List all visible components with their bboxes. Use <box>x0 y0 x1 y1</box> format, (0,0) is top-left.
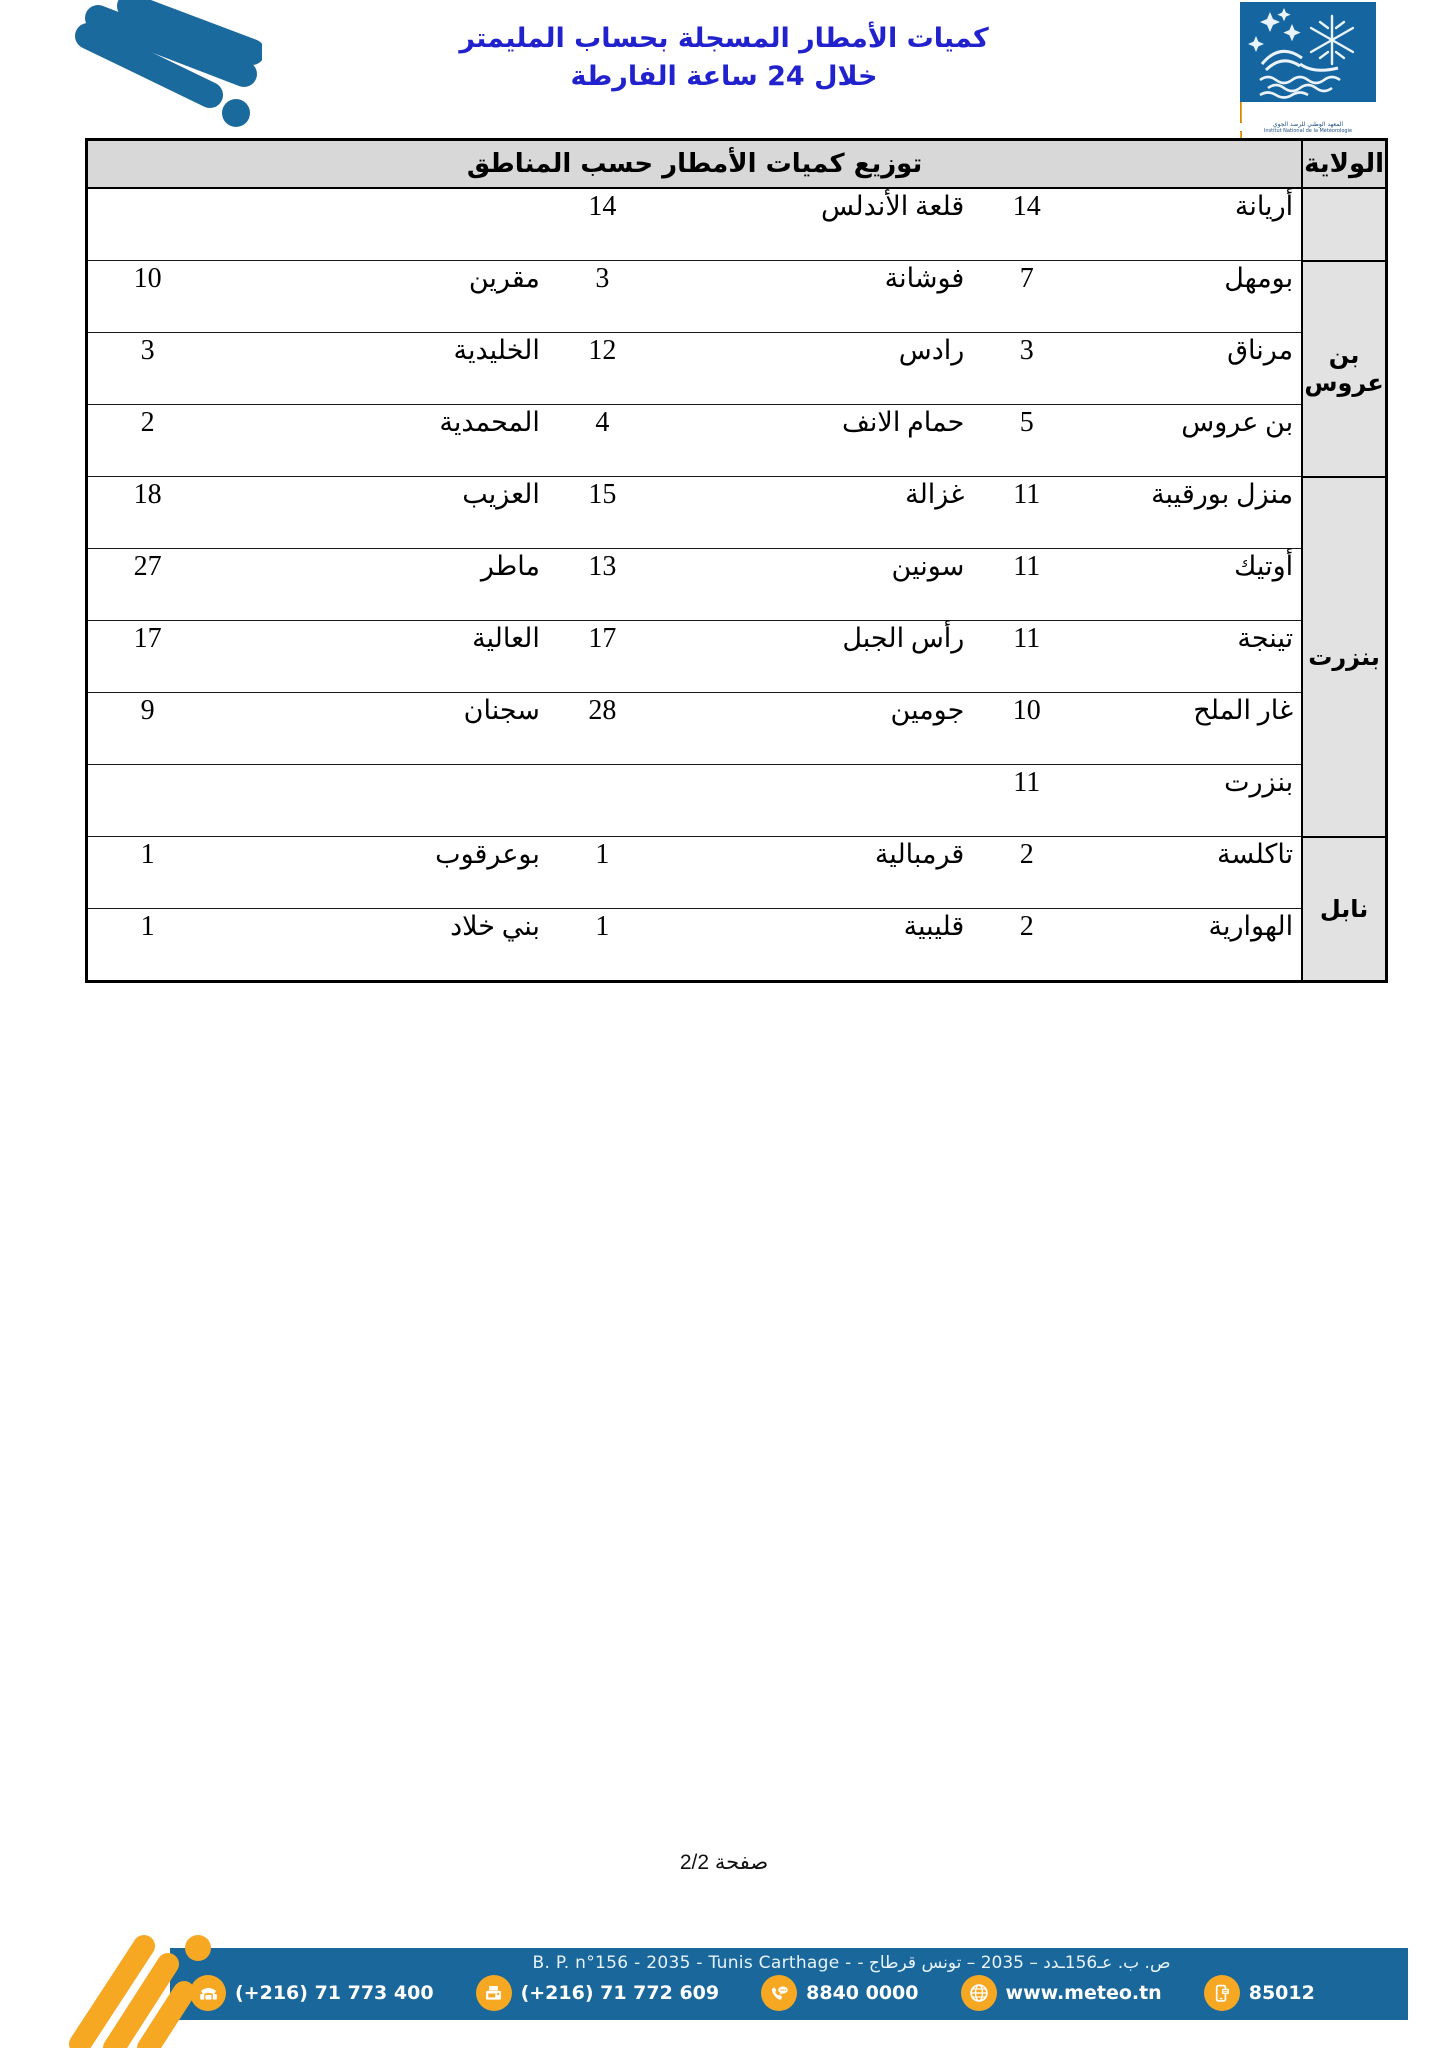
footer-address: B. P. n°156 - 2035 - Tunis Carthage - ص.… <box>320 1953 1383 1973</box>
rain-value-cell: 13 <box>548 549 657 621</box>
station-name-cell: مرناق <box>1081 333 1302 405</box>
governorate-cell <box>1302 188 1386 261</box>
rain-value-cell: 2 <box>972 837 1081 909</box>
rainfall-table-body: أريانة14قلعة الأندلس14بن عروسبومهل7فوشان… <box>87 188 1387 982</box>
station-name-cell: المحمدية <box>207 405 548 477</box>
station-name-cell: العالية <box>207 621 548 693</box>
station-name-cell: سونين <box>657 549 973 621</box>
page-title-line2: خلال 24 ساعة الفارطة <box>0 58 1448 96</box>
rain-value-cell: 11 <box>972 549 1081 621</box>
rain-value-cell: 1 <box>548 837 657 909</box>
footer-contacts: (+216) 71 773 400(+216) 71 772 6098840 0… <box>190 1975 1398 2011</box>
inm-emblem-svg <box>1240 2 1376 102</box>
page-title: كميات الأمطار المسجلة بحساب المليمتر خلا… <box>0 20 1448 96</box>
governorate-cell: بنزرت <box>1302 477 1386 837</box>
contact-value: www.meteo.tn <box>1006 1982 1162 2004</box>
station-name-cell: قليبية <box>657 909 973 982</box>
rain-value-cell: 11 <box>972 765 1081 837</box>
rain-value-cell: 11 <box>972 621 1081 693</box>
station-name-cell: العزيب <box>207 477 548 549</box>
table-row: الهوارية2قليبية1بني خلاد1 <box>87 909 1387 982</box>
station-name-cell: بني خلاد <box>207 909 548 982</box>
rain-value-cell: 14 <box>548 188 657 261</box>
rain-value-cell: 27 <box>87 549 208 621</box>
contact-item: www.meteo.tn <box>961 1975 1162 2011</box>
station-name-cell: قرمبالية <box>657 837 973 909</box>
contact-value: (+216) 71 773 400 <box>235 1982 434 2004</box>
rain-value-cell: 1 <box>87 909 208 982</box>
table-row: نابلتاكلسة2قرمبالية1بوعرقوب1 <box>87 837 1387 909</box>
station-name-cell: أوتيك <box>1081 549 1302 621</box>
rain-value-cell <box>87 765 208 837</box>
contact-value: 85012 <box>1249 1982 1315 2004</box>
table-row: بن عروسبومهل7فوشانة3مقرين10 <box>87 261 1387 333</box>
station-name-cell: بنزرت <box>1081 765 1302 837</box>
page-title-line1: كميات الأمطار المسجلة بحساب المليمتر <box>0 20 1448 58</box>
rain-value-cell: 2 <box>87 405 208 477</box>
station-name-cell: تاكلسة <box>1081 837 1302 909</box>
contact-item: (+216) 71 772 609 <box>476 1975 720 2011</box>
stripes-logo-orange <box>52 1932 242 2048</box>
rain-value-cell: 11 <box>972 477 1081 549</box>
station-name-cell: بومهل <box>1081 261 1302 333</box>
table-row: أريانة14قلعة الأندلس14 <box>87 188 1387 261</box>
rain-value-cell: 14 <box>972 188 1081 261</box>
contact-item: 8840 0000 <box>761 1975 918 2011</box>
rainfall-table: الولاية توزيع كميات الأمطار حسب المناطق … <box>85 138 1388 983</box>
table-row: تينجة11رأس الجبل17العالية17 <box>87 621 1387 693</box>
station-name-cell: منزل بورقيبة <box>1081 477 1302 549</box>
rain-value-cell: 12 <box>548 333 657 405</box>
station-name-cell: ماطر <box>207 549 548 621</box>
station-name-cell: قلعة الأندلس <box>657 188 973 261</box>
rain-value-cell: 17 <box>548 621 657 693</box>
rain-value-cell <box>548 765 657 837</box>
station-name-cell: رادس <box>657 333 973 405</box>
table-row: بنزرت11 <box>87 765 1387 837</box>
station-name-cell: غزالة <box>657 477 973 549</box>
station-name-cell: الهوارية <box>1081 909 1302 982</box>
station-name-cell: رأس الجبل <box>657 621 973 693</box>
station-name-cell <box>657 765 973 837</box>
governorate-column-header: الولاية <box>1302 140 1386 189</box>
rain-value-cell: 3 <box>548 261 657 333</box>
table-row: بن عروس5حمام الانف4المحمدية2 <box>87 405 1387 477</box>
governorate-cell: بن عروس <box>1302 261 1386 477</box>
station-name-cell: أريانة <box>1081 188 1302 261</box>
table-header-row: الولاية توزيع كميات الأمطار حسب المناطق <box>87 140 1387 189</box>
footer-bar: B. P. n°156 - 2035 - Tunis Carthage - ص.… <box>170 1948 1408 2020</box>
inm-caption-french: Institut National de la Météorologie <box>1240 128 1376 134</box>
rain-value-cell: 3 <box>972 333 1081 405</box>
rain-value-cell: 5 <box>972 405 1081 477</box>
inm-logo: المعهد الوطني للرصد الجوي Institut Natio… <box>1240 2 1376 153</box>
station-name-cell: مقرين <box>207 261 548 333</box>
station-name-cell <box>207 765 548 837</box>
station-name-cell: فوشانة <box>657 261 973 333</box>
inm-caption-arabic: المعهد الوطني للرصد الجوي <box>1240 121 1376 128</box>
rain-value-cell: 7 <box>972 261 1081 333</box>
station-name-cell: الخليدية <box>207 333 548 405</box>
station-name-cell: بن عروس <box>1081 405 1302 477</box>
rain-value-cell: 28 <box>548 693 657 765</box>
table-row: غار الملح10جومين28سجنان9 <box>87 693 1387 765</box>
rain-value-cell: 1 <box>87 837 208 909</box>
table-row: أوتيك11سونين13ماطر27 <box>87 549 1387 621</box>
globe-icon <box>961 1975 997 2011</box>
station-name-cell: بوعرقوب <box>207 837 548 909</box>
table-row: بنزرتمنزل بورقيبة11غزالة15العزيب18 <box>87 477 1387 549</box>
rain-value-cell: 2 <box>972 909 1081 982</box>
station-name-cell: سجنان <box>207 693 548 765</box>
rain-value-cell: 3 <box>87 333 208 405</box>
rain-value-cell: 9 <box>87 693 208 765</box>
station-name-cell: تينجة <box>1081 621 1302 693</box>
contact-item: 85012 <box>1204 1975 1315 2011</box>
contact-value: (+216) 71 772 609 <box>521 1982 720 2004</box>
mobile-icon <box>1204 1975 1240 2011</box>
stripes-logo-orange-svg <box>52 1932 242 2048</box>
page-number: صفحة 2/2 <box>0 1850 1448 1875</box>
rain-value-cell: 18 <box>87 477 208 549</box>
report-page: كميات الأمطار المسجلة بحساب المليمتر خلا… <box>0 0 1448 2048</box>
rain-value-cell: 10 <box>87 261 208 333</box>
governorate-cell: نابل <box>1302 837 1386 982</box>
station-name-cell: غار الملح <box>1081 693 1302 765</box>
rain-value-cell: 10 <box>972 693 1081 765</box>
station-name-cell: جومين <box>657 693 973 765</box>
contact-value: 8840 0000 <box>806 1982 918 2004</box>
footer-address-french: B. P. n°156 - 2035 - Tunis Carthage - <box>533 1953 852 1973</box>
rain-value-cell <box>87 188 208 261</box>
station-name-cell: حمام الانف <box>657 405 973 477</box>
rain-value-cell: 15 <box>548 477 657 549</box>
station-name-cell <box>207 188 548 261</box>
rain-value-cell: 17 <box>87 621 208 693</box>
distribution-column-header: توزيع كميات الأمطار حسب المناطق <box>87 140 1303 189</box>
callcenter-icon <box>761 1975 797 2011</box>
footer-address-arabic: ص. ب. عـ156ـدد – 2035 – تونس قرطاج - <box>857 1953 1170 1973</box>
fax-icon <box>476 1975 512 2011</box>
rain-value-cell: 1 <box>548 909 657 982</box>
table-row: مرناق3رادس12الخليدية3 <box>87 333 1387 405</box>
rain-value-cell: 4 <box>548 405 657 477</box>
inm-logo-emblem <box>1240 2 1376 102</box>
